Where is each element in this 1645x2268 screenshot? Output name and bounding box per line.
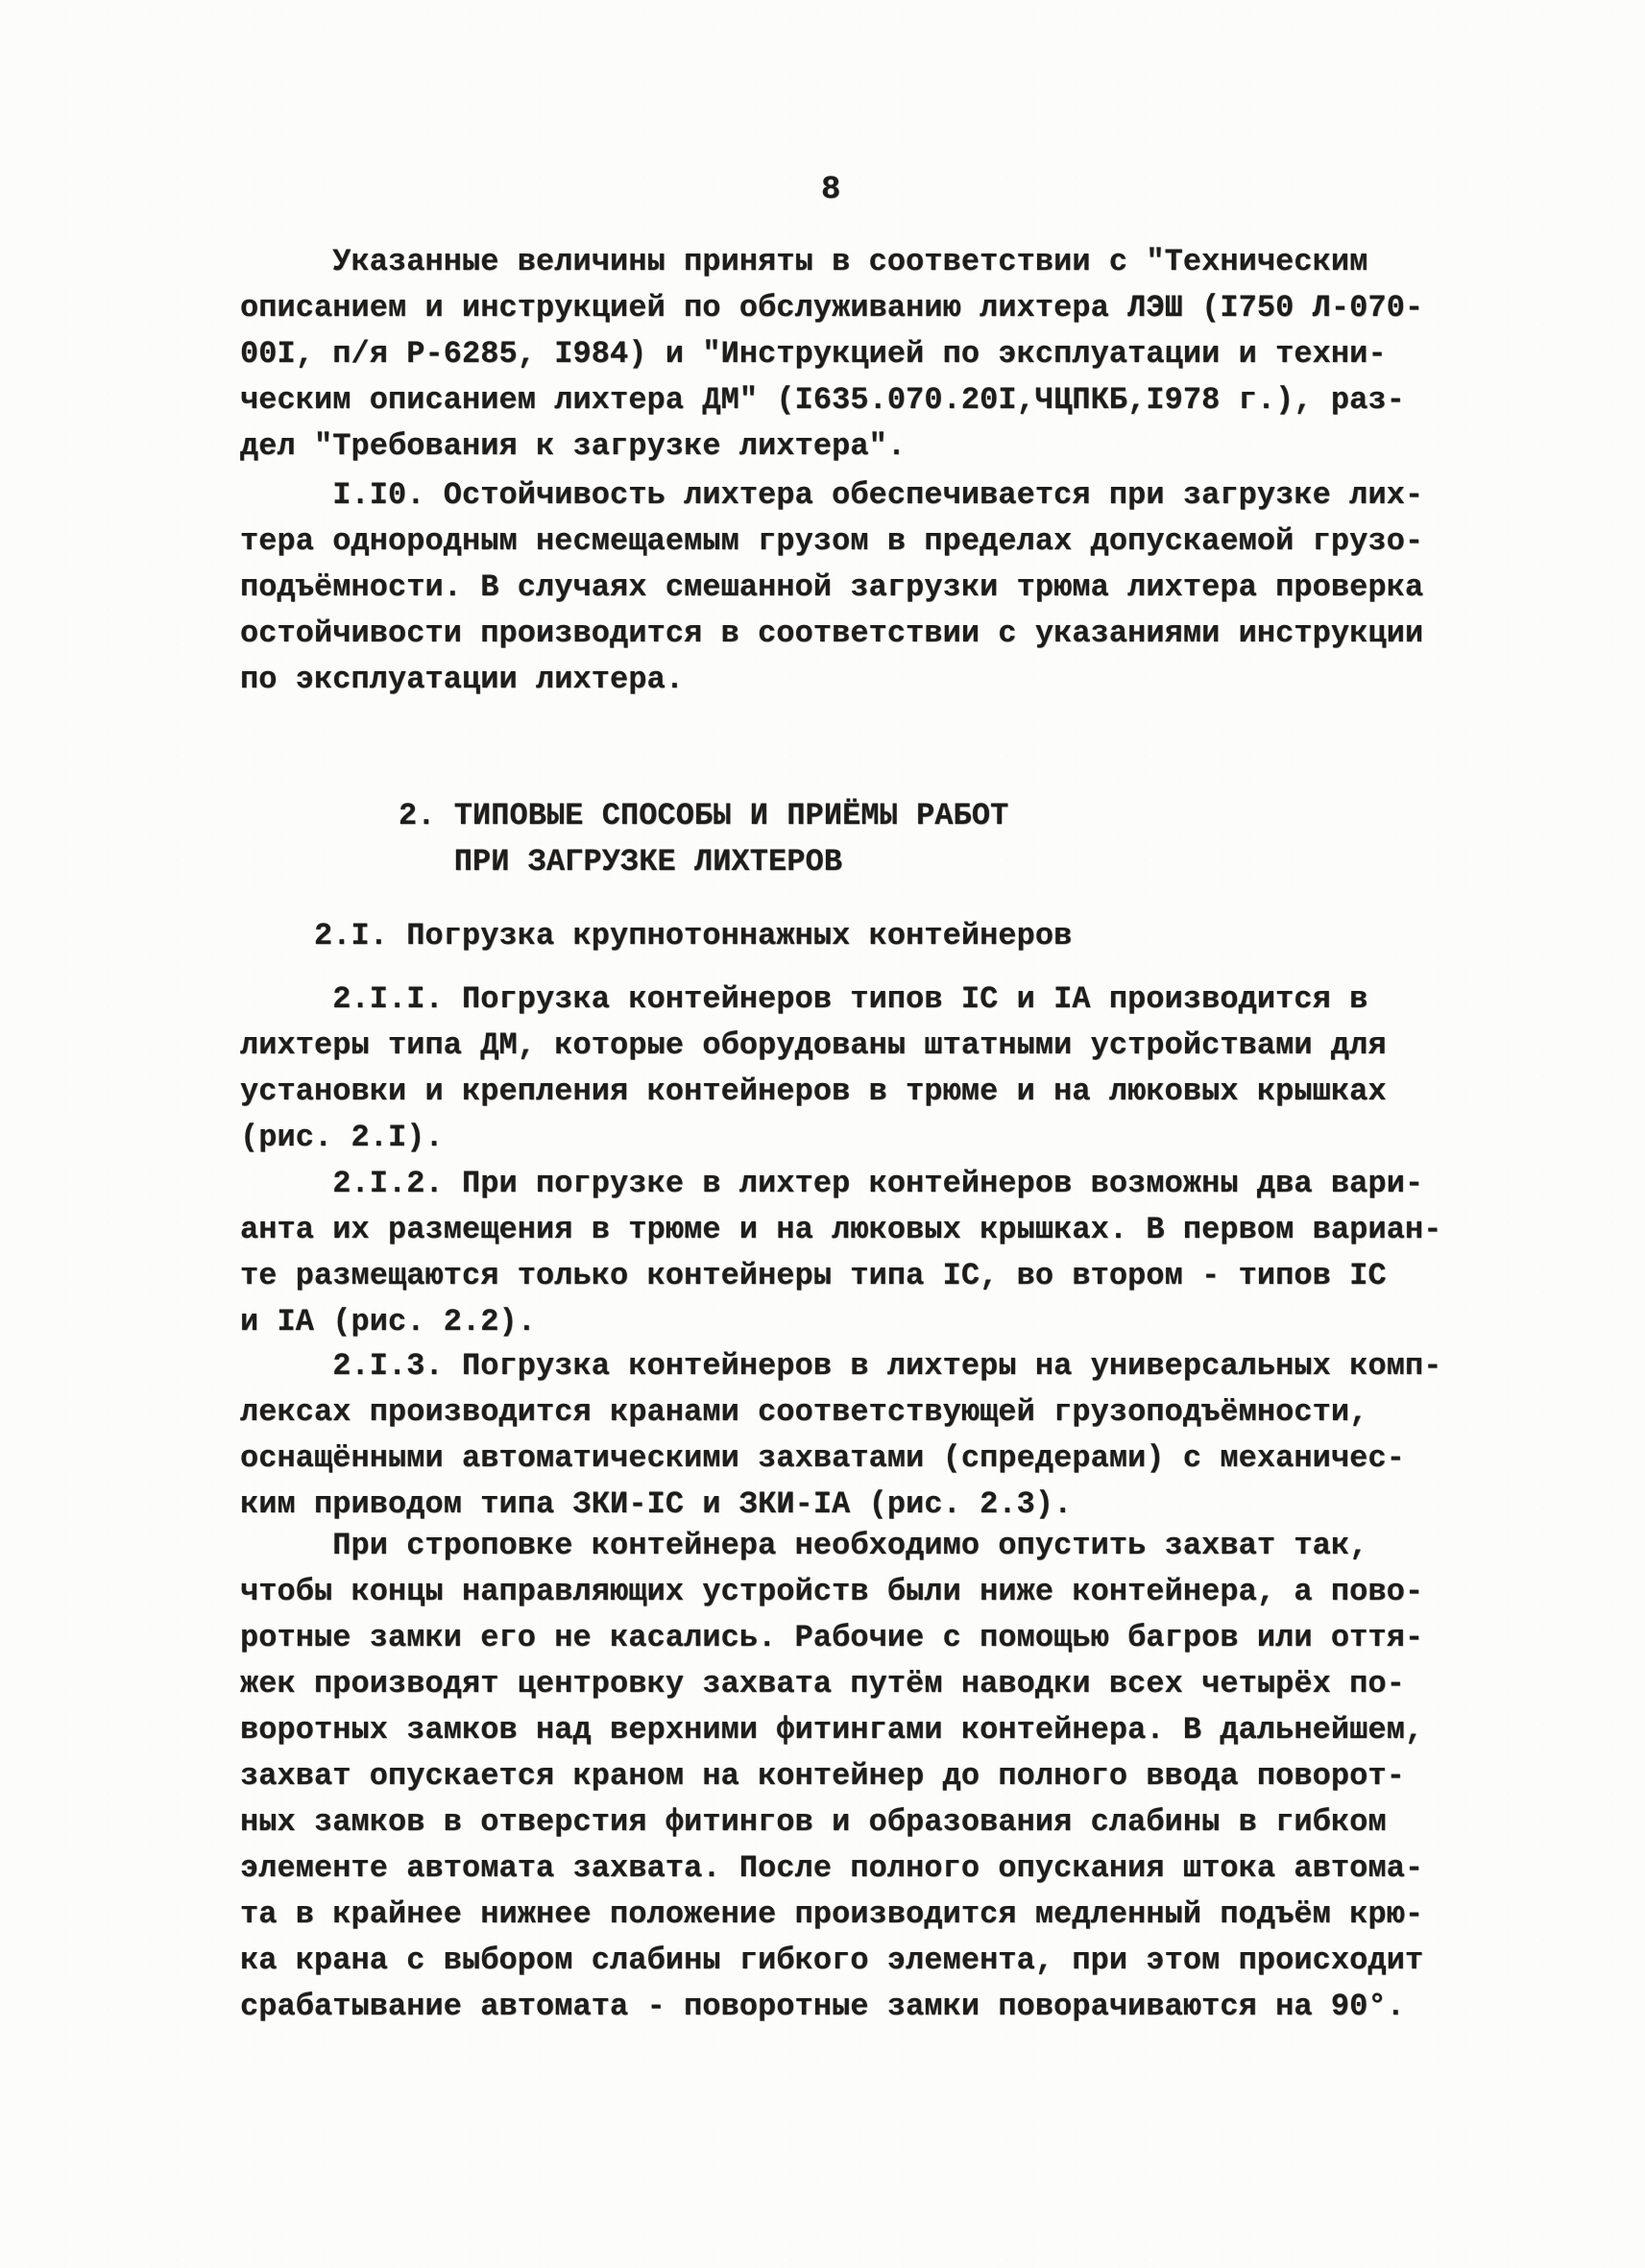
clause-2-1-3: 2.I.3. Погрузка контейнеров в лихтеры на… <box>240 1343 1441 1528</box>
paragraph-slinging: При строповке контейнера необходимо опус… <box>240 1523 1423 2030</box>
paragraph-intro: Указанные величины приняты в соответстви… <box>240 239 1423 470</box>
page-number: 8 <box>821 171 840 209</box>
section-2-1-title: 2.I. Погрузка крупнотоннажных контейнеро… <box>240 913 1072 959</box>
clause-1-10: I.I0. Остойчивость лихтера обеспечиваетс… <box>240 472 1423 703</box>
document-page: 8 Указанные величины приняты в соответст… <box>0 0 1645 2268</box>
clause-2-1-2: 2.I.2. При погрузке в лихтер контейнеров… <box>240 1161 1441 1345</box>
clause-2-1-1: 2.I.I. Погрузка контейнеров типов IС и I… <box>240 977 1387 1161</box>
section-2-heading: 2. ТИПОВЫЕ СПОСОБЫ И ПРИЁМЫ РАБОТ ПРИ ЗА… <box>399 793 1008 885</box>
